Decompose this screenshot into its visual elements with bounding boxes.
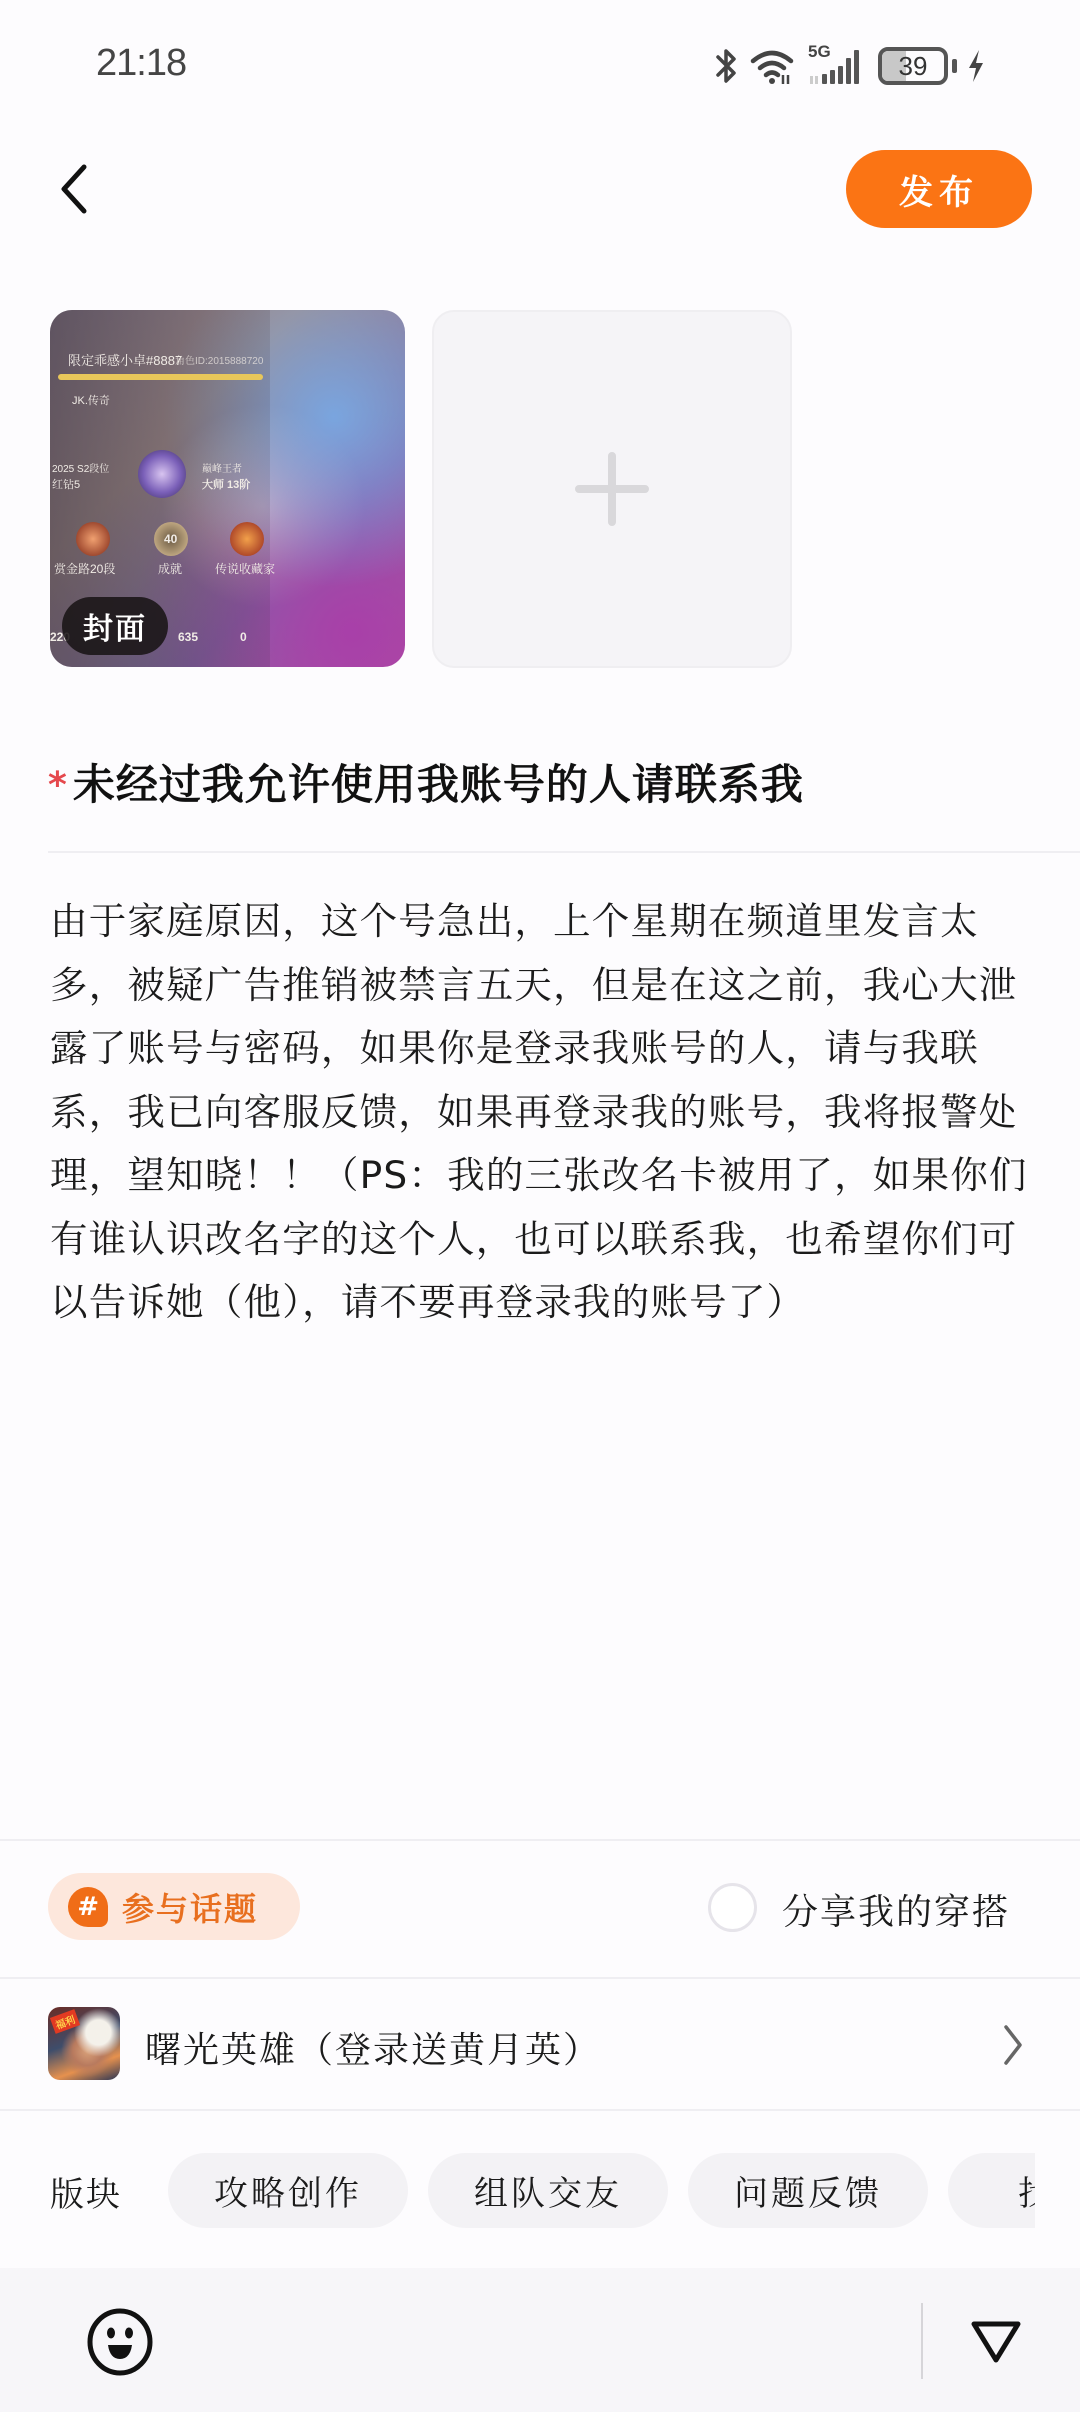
cover-stat-4: 0 (240, 630, 247, 644)
bluetooth-icon (714, 47, 740, 85)
badge-collector (230, 522, 264, 556)
badge-achievement-value: 40 (164, 532, 177, 546)
title-field[interactable]: * 未经过我允许使用我账号的人请联系我 (48, 752, 804, 812)
share-outfit-label[interactable]: 分享我的穿搭 (782, 1884, 1010, 1935)
section-chip-find[interactable]: 找 (948, 2153, 1035, 2228)
cover-role-id: 角色ID:2015888720 (175, 352, 263, 367)
cover-peak-rank: 大师 13阶 (202, 476, 250, 492)
wifi-icon (750, 47, 798, 85)
battery-cap (952, 59, 957, 73)
status-icons: 5G 39 (714, 44, 985, 88)
toolbar-divider (921, 2303, 923, 2379)
battery-icon: 39 (878, 47, 948, 85)
charging-icon (967, 48, 985, 84)
join-topic-label: 参与话题 (122, 1884, 258, 1930)
hashtag-icon: # (68, 1887, 108, 1927)
cover-guild: JK.传奇 (72, 392, 110, 408)
cover-image[interactable]: 限定乖感小卓#8887 角色ID:2015888720 JK.传奇 2025 S… (50, 310, 405, 667)
game-name: 曙光英雄（登录送黄月英） (145, 2022, 601, 2073)
publish-button[interactable]: 发布 (846, 150, 1032, 228)
cover-stat-3: 635 (178, 630, 198, 644)
cover-season: 2025 S2段位 (52, 460, 109, 475)
cover-label: 封面 (62, 597, 168, 655)
emoji-icon (85, 2307, 155, 2377)
sections-label: 版块 (50, 2167, 122, 2216)
badge-bounty-label: 赏金路20段 (54, 560, 115, 577)
game-icon: 福利 (48, 2007, 120, 2080)
section-chip-feedback[interactable]: 问题反馈 (688, 2153, 928, 2228)
add-image-button[interactable] (432, 310, 792, 668)
emoji-button[interactable] (84, 2306, 156, 2378)
cover-rank-left: 红钻5 (52, 476, 80, 492)
chevron-right-icon (998, 2023, 1028, 2067)
badge-bounty (76, 522, 110, 556)
section-chip-team-up[interactable]: 组队交友 (428, 2153, 668, 2228)
status-time: 21:18 (96, 42, 186, 85)
post-body-field[interactable]: 由于家庭原因，这个号急出，上个星期在频道里发言太多，被疑广告推销被禁言五天，但是… (50, 890, 1040, 1335)
cover-progress-bar (58, 374, 263, 380)
plus-icon (575, 452, 649, 526)
post-title: 未经过我允许使用我账号的人请联系我 (73, 752, 804, 812)
back-button[interactable] (40, 150, 110, 228)
bottom-toolbar (0, 2268, 1080, 2412)
options-divider (0, 1839, 1080, 1841)
triangle-down-icon (968, 2318, 1024, 2364)
badge-collector-label: 传说收藏家 (215, 560, 275, 577)
chevron-left-icon (58, 163, 92, 215)
rank-emblem (138, 450, 186, 498)
badge-achievement-label: 成就 (158, 560, 182, 577)
section-chip-guides[interactable]: 攻略创作 (168, 2153, 408, 2228)
game-divider-bottom (0, 2109, 1080, 2111)
share-outfit-radio[interactable] (708, 1883, 757, 1932)
battery-level: 39 (899, 51, 928, 82)
cellular-signal-icon: 5G (808, 46, 868, 86)
game-icon-tag: 福利 (50, 2009, 80, 2034)
title-divider (48, 851, 1080, 853)
collapse-keyboard-button[interactable] (966, 2315, 1026, 2367)
join-topic-button[interactable]: # 参与话题 (48, 1873, 300, 1940)
required-mark: * (48, 765, 67, 806)
cover-peak-label: 巅峰王者 (202, 460, 242, 475)
section-chips: 攻略创作 组队交友 问题反馈 找 (168, 2153, 1035, 2228)
cover-player-name: 限定乖感小卓#8887 (68, 350, 182, 369)
